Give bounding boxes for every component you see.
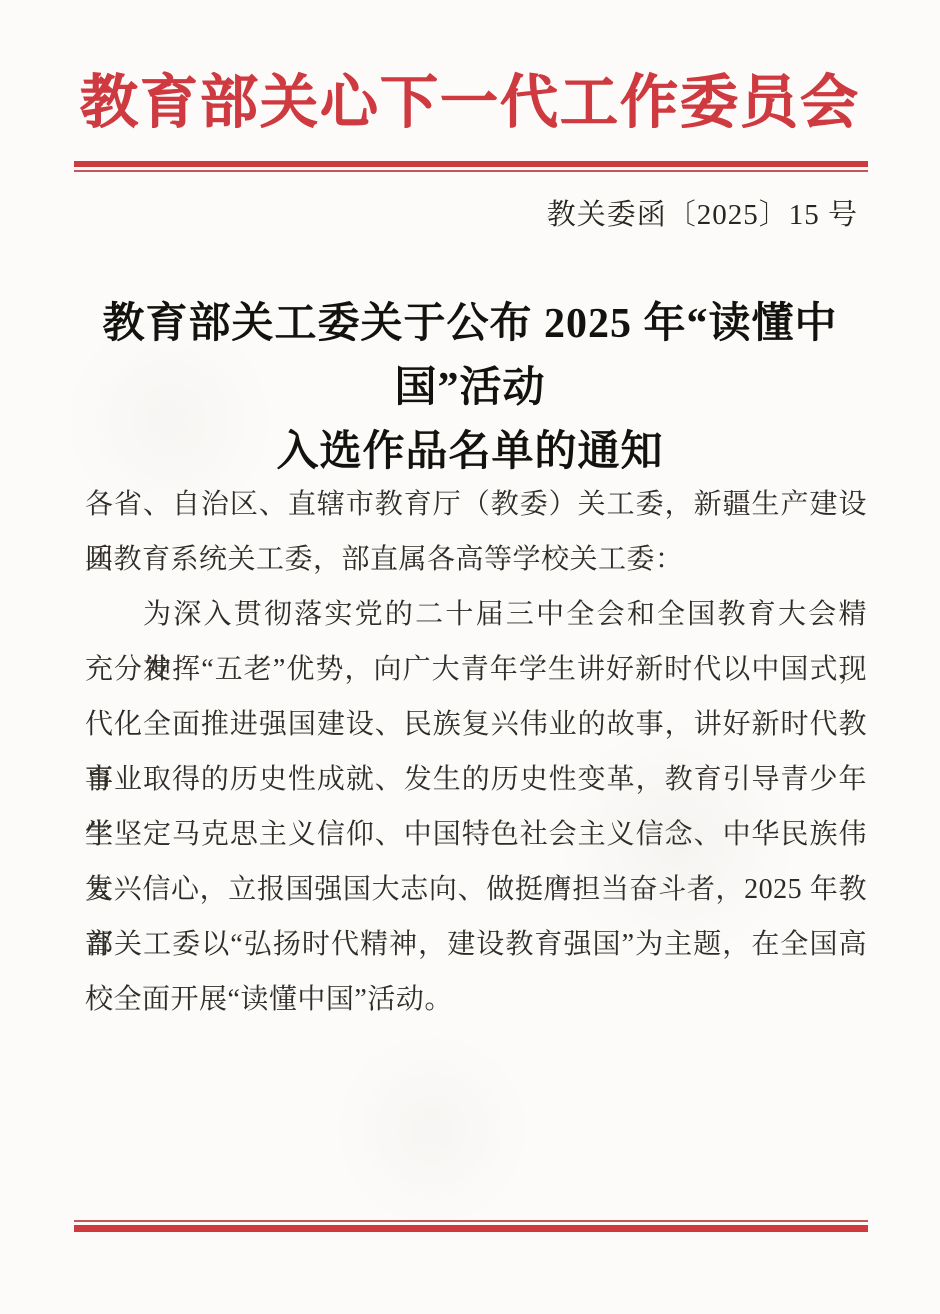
body-line: 团教育系统关工委，部直属各高等学校关工委： (85, 532, 867, 587)
document-title-line2: 入选作品名单的通知 (276, 429, 663, 475)
header-divider-thick-line (74, 161, 868, 167)
document-reference-number: 教关委函〔2025〕15 号 (547, 192, 858, 233)
body-line: 部关工委以“弘扬时代精神，建设教育强国”为主题，在全国高 (85, 917, 867, 972)
footer-divider-thin-line (74, 1220, 868, 1222)
body-line: 充分发挥“五老”优势，向广大青年学生讲好新时代以中国式现 (85, 642, 867, 697)
footer-divider (74, 1220, 868, 1232)
body-line: 校全面开展“读懂中国”活动。 (85, 972, 867, 1027)
header-divider (74, 161, 868, 172)
header-divider-thin-line (74, 170, 868, 172)
body-line: 为深入贯彻落实党的二十届三中全会和全国教育大会精神， (85, 587, 867, 642)
body-line: 各省、自治区、直辖市教育厅（教委）关工委，新疆生产建设兵 (85, 477, 867, 532)
letterhead-org-title: 教育部关心下一代工作委员会 (0, 55, 940, 139)
document-page: 教育部关心下一代工作委员会 教关委函〔2025〕15 号 教育部关工委关于公布 … (0, 0, 940, 1314)
body-line: 代化全面推进强国建设、民族复兴伟业的故事，讲好新时代教育 (85, 697, 867, 752)
body-line: 生坚定马克思主义信仰、中国特色社会主义信念、中华民族伟大 (85, 807, 867, 862)
body-line: 事业取得的历史性成就、发生的历史性变革，教育引导青少年学 (85, 752, 867, 807)
footer-divider-thick-line (74, 1225, 868, 1232)
document-body: 各省、自治区、直辖市教育厅（教委）关工委，新疆生产建设兵 团教育系统关工委，部直… (85, 477, 867, 1027)
body-line: 复兴信心，立报国强国大志向、做挺膺担当奋斗者，2025 年教育 (85, 862, 867, 917)
document-title-line1: 教育部关工委关于公布 2025 年“读懂中国”活动 (102, 301, 837, 411)
document-title: 教育部关工委关于公布 2025 年“读懂中国”活动 入选作品名单的通知 (55, 292, 885, 484)
